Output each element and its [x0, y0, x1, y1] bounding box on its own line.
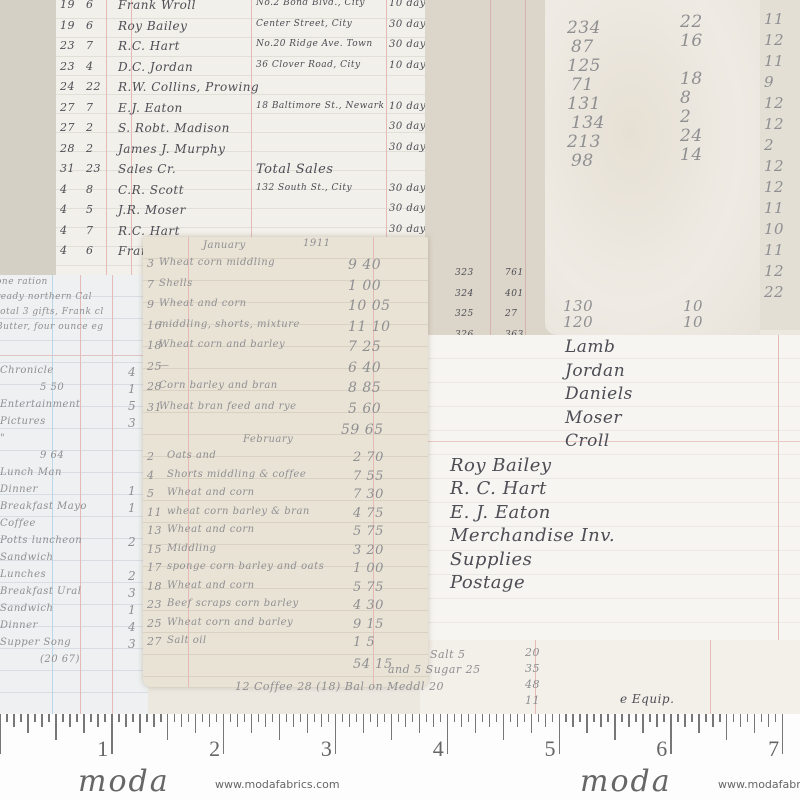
- tally-number: 125: [567, 56, 601, 76]
- ledger-name: R.C. Hart: [118, 39, 180, 53]
- ruler-tick: [782, 714, 783, 754]
- expense-item: Supper Song: [0, 637, 71, 648]
- ruler-tick: [237, 714, 238, 727]
- account-name: Supplies: [450, 549, 532, 570]
- journal-item: —: [159, 360, 170, 371]
- ledger-address: Center Street, City: [256, 19, 352, 29]
- ruler-tick: [461, 714, 462, 727]
- journal-amount: 11 10: [348, 319, 391, 335]
- weathered-tally-page: 2348712571131134213982216188224141301201…: [545, 0, 760, 335]
- ruler-tick: [677, 714, 678, 722]
- ruler-tick: [524, 714, 525, 722]
- expense-amount: 5: [128, 399, 136, 413]
- ledger-day: 27: [60, 101, 75, 114]
- ledger-count: 6: [86, 0, 94, 11]
- journal-item: Wheat corn and barley: [159, 339, 285, 350]
- note-line: one ration: [0, 277, 48, 287]
- journal-item: wheat corn barley & bran: [167, 506, 310, 517]
- ruler-tick: [405, 714, 406, 727]
- ruler-tick: [153, 714, 154, 727]
- tally-number: 10: [683, 313, 703, 331]
- journal-item: Wheat corn middling: [159, 257, 275, 268]
- tally-number: 87: [571, 37, 594, 57]
- account-name: Daniels: [565, 384, 633, 404]
- ruler-tick: [754, 714, 755, 733]
- ledger-count: 2: [86, 142, 94, 155]
- ruler-tick: [216, 714, 217, 722]
- expense-item: 5 50: [40, 382, 64, 393]
- ruler-tick: [258, 714, 259, 722]
- ruler-tick: [475, 714, 476, 733]
- moda-url-2: www.modafabrics.com: [718, 778, 800, 791]
- ruler-tick: [146, 714, 147, 722]
- month-heading: February: [243, 434, 293, 445]
- ledger-address: No.20 Ridge Ave. Town: [256, 39, 373, 49]
- journal-day: 17: [147, 561, 162, 574]
- ledger-day: 24: [60, 80, 75, 93]
- ruler-inch-number: 1: [97, 736, 108, 762]
- ruler-tick: [321, 714, 322, 727]
- journal-day: 3: [147, 257, 155, 270]
- ruler-tick: [691, 714, 692, 722]
- ruler-tick: [265, 714, 266, 727]
- expense-item: (20 67): [40, 654, 80, 665]
- ruler-tick: [426, 714, 427, 722]
- receipt-line: 12 Coffee 28 (18) Bal on Meddl 20: [235, 680, 444, 693]
- tally-number: 134: [571, 113, 605, 133]
- ruler-tick: [440, 714, 441, 722]
- journal-amount: 1 5: [353, 635, 375, 650]
- ruler-tick: [293, 714, 294, 727]
- tally-number: 12: [764, 178, 784, 196]
- journal-item: Oats and: [167, 450, 216, 461]
- ruler-tick: [230, 714, 231, 722]
- ruler-tick: [740, 714, 741, 727]
- expense-amount: 2: [128, 569, 136, 583]
- ruler-inch-number: 7: [768, 736, 779, 762]
- ledger-day: 4: [60, 244, 68, 257]
- receipt-amount: 48: [525, 678, 540, 691]
- column-invoice-number: 324: [455, 289, 474, 299]
- expense-item: Coffee: [0, 518, 36, 529]
- ruler-tick: [272, 714, 273, 722]
- ledger-count: 2: [86, 121, 94, 134]
- journal-item: middling, shorts, mixture: [159, 319, 300, 330]
- expense-amount: 3: [128, 586, 136, 600]
- ruler-inch-number: 6: [656, 736, 667, 762]
- ruler-tick: [635, 714, 636, 722]
- ruler-tick: [579, 714, 580, 722]
- ruler-tick: [719, 714, 720, 722]
- tally-number: 213: [567, 132, 601, 152]
- journal-amount: 5 75: [353, 524, 384, 539]
- journal-amount: 7 25: [348, 339, 381, 355]
- column-amount: 401: [505, 289, 524, 299]
- ledger-name: D.C. Jordan: [118, 60, 193, 74]
- receipt-amount: 11: [525, 694, 540, 707]
- ledger-day: 31: [60, 162, 75, 175]
- tally-number: 11: [764, 10, 784, 28]
- ledger-count: 7: [86, 101, 94, 114]
- expense-notes-page: one rationready northern Caltotal 3 gift…: [0, 275, 148, 714]
- ruler-tick: [300, 714, 301, 722]
- ruler-tick: [642, 714, 643, 733]
- ledger-address: Total Sales: [256, 162, 333, 177]
- tally-number: 12: [764, 262, 784, 280]
- ruler-tick: [761, 714, 762, 722]
- ruler-tick: [279, 714, 280, 740]
- account-name: Croll: [565, 431, 610, 451]
- journal-day: 15: [147, 543, 162, 556]
- expense-amount: 2: [128, 535, 136, 549]
- note-line: Butter, four ounce eg: [0, 322, 104, 332]
- ruler-tick: [656, 714, 657, 727]
- account-name: Moser: [565, 408, 622, 428]
- tally-number: 120: [563, 313, 593, 331]
- tally-number: 11: [764, 199, 784, 217]
- ruler-tick: [174, 714, 175, 722]
- ruler-inch-number: 5: [545, 736, 556, 762]
- ruler-tick: [328, 714, 329, 722]
- journal-day: 18: [147, 580, 162, 593]
- ruler-tick: [649, 714, 650, 722]
- journal-day: 5: [147, 487, 155, 500]
- ledger-count: 4: [86, 60, 94, 73]
- journal-item: sponge corn barley and oats: [167, 561, 324, 572]
- ruler-tick: [607, 714, 608, 722]
- ruler-tick: [69, 714, 70, 727]
- moda-logo: moda: [78, 764, 170, 799]
- expense-amount: 1: [128, 603, 136, 617]
- ruler-tick: [572, 714, 573, 727]
- ruler-tick: [55, 714, 56, 740]
- ruler-tick: [559, 714, 560, 754]
- ruler-tick: [705, 714, 706, 722]
- expense-item: Entertainment: [0, 399, 80, 410]
- ruler-tick: [433, 714, 434, 727]
- ruler-tick: [209, 714, 210, 727]
- ledger-count: 6: [86, 244, 94, 257]
- ruler-tick: [454, 714, 455, 722]
- account-name: R. C. Hart: [450, 478, 547, 499]
- journal-day: 23: [147, 598, 162, 611]
- note-line: ready northern Cal: [0, 292, 92, 302]
- ruler-tick: [621, 714, 622, 722]
- expense-item: Dinner: [0, 620, 38, 631]
- ruler-tick: [614, 714, 615, 740]
- ruler-tick: [419, 714, 420, 733]
- account-name: Lamb: [565, 337, 615, 357]
- ruler-tick: [286, 714, 287, 722]
- tally-number: 2: [764, 136, 774, 154]
- ledger-address: 36 Clover Road, City: [256, 60, 361, 70]
- ruler-tick: [726, 714, 727, 740]
- tally-number: 18: [680, 69, 703, 89]
- ruler-tick: [712, 714, 713, 727]
- ruler-tick: [125, 714, 126, 727]
- ledger-name: E.J. Eaton: [118, 101, 183, 115]
- journal-amount: 4 75: [353, 506, 384, 521]
- account-name: Merchandise Inv.: [450, 525, 615, 546]
- ledger-name: James J. Murphy: [118, 142, 225, 156]
- year-heading: 1911: [303, 238, 330, 249]
- journal-amount: 5 60: [348, 401, 381, 417]
- tally-number: 24: [680, 126, 703, 146]
- expense-amount: 3: [128, 416, 136, 430]
- ruler-tick: [83, 714, 84, 733]
- ledger-address: 18 Baltimore St., Newark: [256, 101, 385, 111]
- ruler-tick: [160, 714, 161, 722]
- receipt-line: Salt 5: [430, 648, 466, 661]
- far-right-tally-page: 11121191212212121110111222: [760, 0, 800, 330]
- ruler-tick: [34, 714, 35, 722]
- ruler-inch-number: 3: [321, 736, 332, 762]
- ruler-tick: [314, 714, 315, 722]
- tally-number: 131: [567, 94, 601, 114]
- ruler-tick: [370, 714, 371, 722]
- expense-amount: 1: [128, 382, 136, 396]
- note-line: total 3 gifts, Frank cl: [0, 307, 104, 317]
- column-amount: 761: [505, 268, 524, 278]
- expense-amount: 1: [128, 484, 136, 498]
- tally-number: 14: [680, 145, 703, 165]
- account-name: Roy Bailey: [450, 455, 552, 476]
- expense-item: Sandwich: [0, 603, 53, 614]
- fabric-print: 196Frank WrollNo.2 Bond Blvd., City10 da…: [0, 0, 800, 714]
- ruler-tick: [118, 714, 119, 722]
- ruler-tick: [510, 714, 511, 722]
- tally-number: 11: [764, 52, 784, 70]
- journal-day: 13: [147, 524, 162, 537]
- ledger-count: 7: [86, 39, 94, 52]
- column-amount: 27: [505, 309, 517, 319]
- journal-item: Shorts middling & coffee: [167, 469, 306, 480]
- ruler-tick: [775, 714, 776, 722]
- journal-day: 11: [147, 506, 162, 519]
- ruler-tick: [223, 714, 224, 754]
- ruler-tick: [384, 714, 385, 722]
- journal-amount: 10 05: [348, 298, 391, 314]
- journal-day: 25: [147, 617, 162, 630]
- ruler-tick: [684, 714, 685, 727]
- ruler-tick: [251, 714, 252, 733]
- ledger-day: 19: [60, 0, 75, 11]
- moda-logo-2: moda: [580, 764, 672, 799]
- ruler-tick: [244, 714, 245, 722]
- expense-item: Dinner: [0, 484, 38, 495]
- ruler-tick: [335, 714, 336, 754]
- journal-item: Wheat bran feed and rye: [159, 401, 297, 412]
- journal-amount: 7 30: [353, 487, 384, 502]
- ruler-tick: [20, 714, 21, 722]
- journal-item: Middling: [167, 543, 216, 554]
- journal-day: 7: [147, 278, 155, 291]
- tally-number: 12: [764, 115, 784, 133]
- ruler-tick: [482, 714, 483, 722]
- journal-item: Beef scraps corn barley: [167, 598, 299, 609]
- ledger-count: 7: [86, 224, 94, 237]
- bottom-receipt-strip: [420, 640, 800, 714]
- tally-number: 22: [680, 12, 703, 32]
- journal-day: 2: [147, 450, 155, 463]
- journal-day: 27: [147, 635, 162, 648]
- tally-number: 234: [567, 18, 601, 38]
- expense-amount: 1: [128, 501, 136, 515]
- account-name: Jordan: [565, 361, 625, 381]
- ruler-tick: [62, 714, 63, 722]
- ruler-tick: [363, 714, 364, 733]
- equipment-note: e Equip.: [620, 692, 674, 706]
- journal-item: Wheat and corn: [159, 298, 247, 309]
- ledger-name: Frank Wroll: [118, 0, 196, 12]
- ruler-tick: [41, 714, 42, 727]
- tally-number: 71: [571, 75, 594, 95]
- expense-item: Breakfast Ural: [0, 586, 81, 597]
- journal-total: 54 15: [353, 657, 393, 672]
- ledger-count: 5: [86, 203, 94, 216]
- feed-journal-page: January19113Wheat corn middling9 407Shel…: [143, 237, 428, 687]
- journal-amount: 7 55: [353, 469, 384, 484]
- journal-item: Wheat and corn: [167, 580, 255, 591]
- journal-item: Wheat corn and barley: [167, 617, 293, 628]
- account-name: E. J. Eaton: [450, 502, 551, 523]
- receipt-amount: 35: [525, 662, 540, 675]
- ruler-tick: [628, 714, 629, 727]
- ruler-tick: [565, 714, 566, 722]
- ruler-tick: [195, 714, 196, 733]
- ruler-tick: [48, 714, 49, 722]
- expense-item: Breakfast Mayo: [0, 501, 87, 512]
- journal-amount: 5 75: [353, 580, 384, 595]
- journal-amount: 2 70: [353, 450, 384, 465]
- ledger-day: 28: [60, 142, 75, 155]
- tally-number: 22: [764, 283, 784, 301]
- measuring-ruler: 1234567 moda www.modafabrics.com moda ww…: [0, 714, 800, 800]
- tally-number: 9: [764, 73, 774, 91]
- ledger-name: R.C. Hart: [118, 224, 180, 238]
- journal-amount: 8 85: [348, 380, 381, 396]
- ruler-tick: [398, 714, 399, 722]
- ruler-inch-number: 2: [209, 736, 220, 762]
- tally-number: 12: [764, 94, 784, 112]
- ruler-tick: [202, 714, 203, 722]
- ruler-tick: [600, 714, 601, 727]
- ruler-tick: [531, 714, 532, 733]
- account-name: Postage: [450, 572, 525, 593]
- ruler-tick: [593, 714, 594, 722]
- ruler-tick: [90, 714, 91, 722]
- ledger-day: 4: [60, 224, 68, 237]
- ruler-tick: [0, 714, 1, 754]
- journal-item: Corn barley and bran: [159, 380, 278, 391]
- ledger-address: 132 South St., City: [256, 183, 352, 193]
- expense-amount: 4: [128, 620, 136, 634]
- ledger-day: 4: [60, 183, 68, 196]
- expense-item: Potts luncheon: [0, 535, 82, 546]
- ledger-day: 19: [60, 19, 75, 32]
- ruler-tick: [188, 714, 189, 722]
- journal-day: 4: [147, 469, 155, 482]
- journal-amount: 6 40: [348, 360, 381, 376]
- ruler-tick: [517, 714, 518, 727]
- ledger-count: 8: [86, 183, 94, 196]
- ruler-tick: [27, 714, 28, 733]
- ledger-count: 22: [86, 80, 101, 93]
- expense-item: 9 64: [40, 450, 64, 461]
- ruler-tick: [76, 714, 77, 722]
- ruler-tick: [468, 714, 469, 722]
- journal-item: Wheat and corn: [167, 487, 255, 498]
- journal-total: 59 65: [341, 422, 384, 438]
- ruler-tick: [167, 714, 168, 740]
- tally-number: 16: [680, 31, 703, 51]
- ledger-day: 27: [60, 121, 75, 134]
- expense-item: Sandwich: [0, 552, 53, 563]
- ruler-tick: [6, 714, 7, 722]
- tally-number: 2: [680, 107, 691, 127]
- ledger-name: J.R. Moser: [118, 203, 186, 217]
- ruler-tick: [545, 714, 546, 727]
- tally-number: 12: [764, 31, 784, 49]
- expense-amount: 3: [128, 637, 136, 651]
- month-heading: January: [203, 240, 246, 251]
- journal-item: Wheat and corn: [167, 524, 255, 535]
- ledger-day: 23: [60, 39, 75, 52]
- tally-number: 12: [764, 157, 784, 175]
- ruler-tick: [181, 714, 182, 727]
- journal-amount: 1 00: [348, 278, 381, 294]
- ruler-tick: [670, 714, 671, 754]
- ruler-tick: [104, 714, 105, 722]
- ledger-name: Roy Bailey: [118, 19, 187, 33]
- receipt-amount: 20: [525, 646, 540, 659]
- ruler-tick: [356, 714, 357, 722]
- ruler-tick: [13, 714, 14, 727]
- tally-number: 98: [571, 151, 594, 171]
- ruler-tick: [447, 714, 448, 754]
- ruler-tick: [412, 714, 413, 722]
- expense-item: Pictures: [0, 416, 46, 427]
- journal-item: Shells: [159, 278, 193, 289]
- ledger-count: 6: [86, 19, 94, 32]
- column-invoice-number: 323: [455, 268, 474, 278]
- journal-day: 9: [147, 298, 155, 311]
- tally-number: 11: [764, 241, 784, 259]
- ruler-tick: [538, 714, 539, 722]
- expense-item: Chronicle: [0, 365, 54, 376]
- ruler-tick: [747, 714, 748, 722]
- expense-item: Lunch Man: [0, 467, 62, 478]
- journal-item: Salt oil: [167, 635, 207, 646]
- ruler-inch-number: 4: [433, 736, 444, 762]
- expense-item: Lunches: [0, 569, 46, 580]
- ruler-tick: [496, 714, 497, 722]
- ruler-tick: [586, 714, 587, 733]
- ruler-tick: [111, 714, 112, 754]
- ruler-tick: [97, 714, 98, 727]
- tally-number: 10: [764, 220, 784, 238]
- tally-number: 8: [680, 88, 691, 108]
- ledger-day: 4: [60, 203, 68, 216]
- ledger-count: 23: [86, 162, 101, 175]
- ledger-name: C.R. Scott: [118, 183, 184, 197]
- ledger-address: No.2 Bond Blvd., City: [256, 0, 365, 8]
- grey-paper-strip: [0, 0, 56, 275]
- ruler-tick: [377, 714, 378, 727]
- journal-amount: 3 20: [353, 543, 384, 558]
- journal-amount: 4 30: [353, 598, 384, 613]
- ruler-tick: [139, 714, 140, 733]
